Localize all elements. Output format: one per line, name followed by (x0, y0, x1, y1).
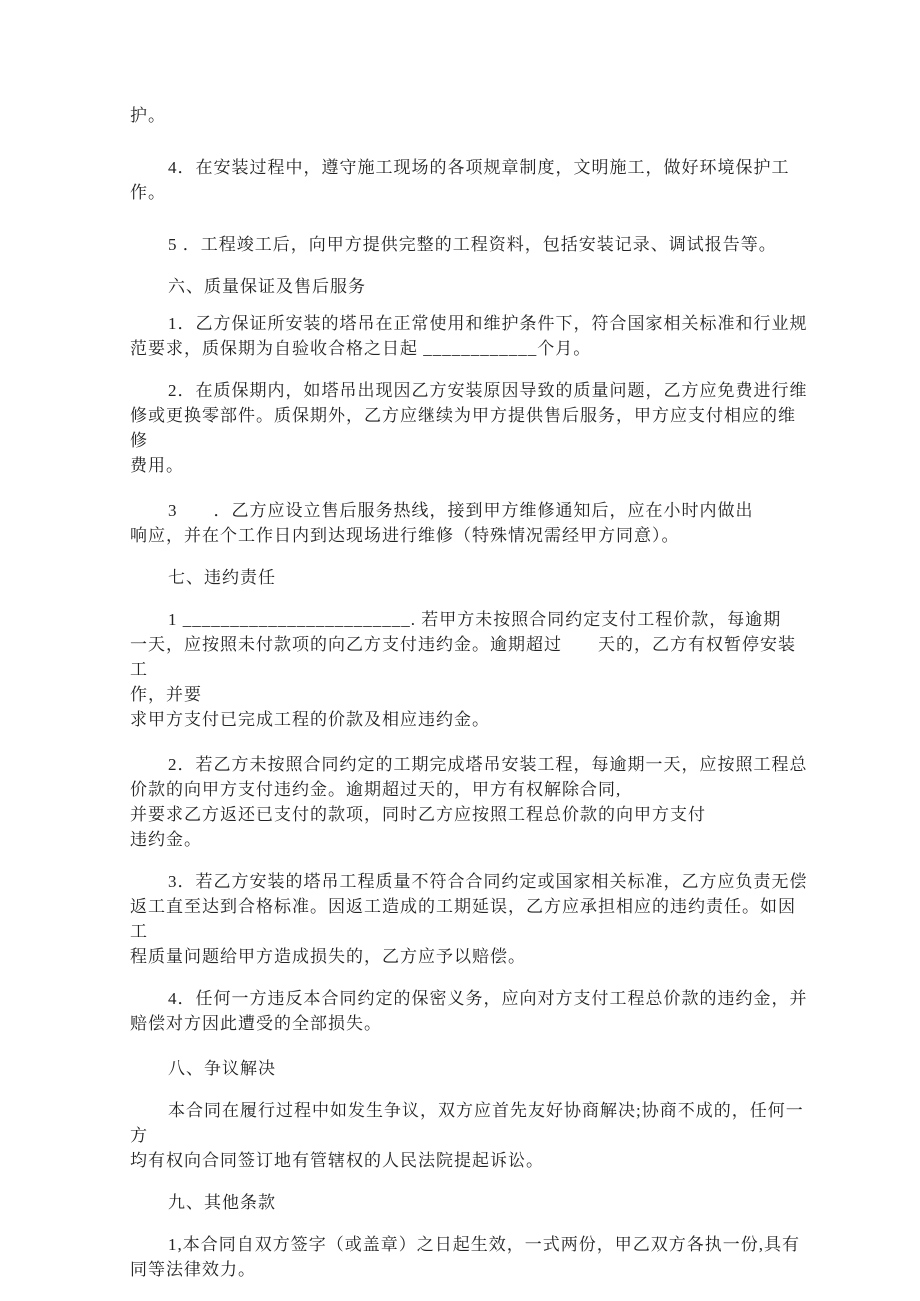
text-line: 求甲方支付已完成工程的价款及相应违约金。 (130, 707, 808, 732)
heading-line: 七、违约责任 (130, 565, 808, 590)
text-line: 价款的向甲方支付违约金。逾期超过天的，甲方有权解除合同, (130, 777, 808, 802)
text-line: 赔偿对方因此遭受的全部损失。 (130, 1011, 808, 1036)
page-content: 护。 4．在安装过程中，遵守施工现场的各项规章制度，文明施工，做好环境保护工作。… (0, 0, 920, 1282)
text-line: 2．在质保期内，如塔吊出现因乙方安装原因导致的质量问题，乙方应免费进行维 (130, 378, 808, 403)
text-line: 范要求，质保期为自验收合格之日起 ____________个月。 (130, 336, 808, 361)
text-line: 3．若乙方安装的塔吊工程质量不符合合同约定或国家相关标准，乙方应负责无偿 (130, 869, 808, 894)
text-line: 响应，并在个工作日内到达现场进行维修（特殊情况需经甲方同意）。 (130, 523, 808, 548)
continuation-text: 护。 (130, 103, 808, 128)
text-line: 程质量问题给甲方造成损失的，乙方应予以赔偿。 (130, 944, 808, 969)
text-line: 4．任何一方违反本合同约定的保密义务，应向对方支付工程总价款的违约金，并 (130, 986, 808, 1011)
text-line: 4．在安装过程中，遵守施工现场的各项规章制度，文明施工，做好环境保护工作。 (130, 155, 808, 205)
text-line: 本合同在履行过程中如发生争议，双方应首先友好协商解决;协商不成的，任何一方 (130, 1098, 808, 1148)
heading-line: 六、质量保证及售后服务 (130, 274, 808, 299)
section-7-clause-2: 2．若乙方未按照合同约定的工期完成塔吊安装工程，每逾期一天，应按照工程总 价款的… (130, 752, 808, 852)
text-line: 5 ．工程竣工后，向甲方提供完整的工程资料，包括安装记录、调试报告等。 (130, 232, 808, 257)
document-page: 护。 4．在安装过程中，遵守施工现场的各项规章制度，文明施工，做好环境保护工作。… (0, 0, 920, 1301)
text-line: 2．若乙方未按照合同约定的工期完成塔吊安装工程，每逾期一天，应按照工程总 (130, 752, 808, 777)
section-7-clause-1: 1 ________________________. 若甲方未按照合同约定支付… (130, 607, 808, 732)
text-line: 修或更换零部件。质保期外，乙方应继续为甲方提供售后服务，甲方应支付相应的维修 (130, 403, 808, 453)
text-line: 1,本合同自双方签字（或盖章）之日起生效，一式两份，甲乙双方各执一份,具有 (130, 1232, 808, 1257)
text-line: 1 ________________________. 若甲方未按照合同约定支付… (130, 607, 808, 632)
section-6-clause-3: 3 ．乙方应设立售后服务热线，接到甲方维修通知后，应在小时内做出 响应，并在个工… (130, 498, 808, 548)
text-line: 3 ．乙方应设立售后服务热线，接到甲方维修通知后，应在小时内做出 (130, 498, 808, 523)
text-line: 1．乙方保证所安装的塔吊在正常使用和维护条件下，符合国家相关标准和行业规 (130, 311, 808, 336)
text-line: 作，并要 (130, 682, 808, 707)
clause-5: 5 ．工程竣工后，向甲方提供完整的工程资料，包括安装记录、调试报告等。 (130, 232, 808, 257)
text-line: 护。 (130, 103, 808, 128)
text-line: 并要求乙方返还已支付的款项，同时乙方应按照工程总价款的向甲方支付 (130, 802, 808, 827)
section-8-paragraph: 本合同在履行过程中如发生争议，双方应首先友好协商解决;协商不成的，任何一方 均有… (130, 1098, 808, 1173)
text-line: 返工直至达到合格标准。因返工造成的工期延误，乙方应承担相应的违约责任。如因工 (130, 894, 808, 944)
text-line: 违约金。 (130, 827, 808, 852)
section-7-clause-3: 3．若乙方安装的塔吊工程质量不符合合同约定或国家相关标准，乙方应负责无偿 返工直… (130, 869, 808, 969)
section-7-clause-4: 4．任何一方违反本合同约定的保密义务，应向对方支付工程总价款的违约金，并 赔偿对… (130, 986, 808, 1036)
text-line: 费用。 (130, 453, 808, 478)
heading-line: 九、其他条款 (130, 1190, 808, 1215)
section-7-heading: 七、违约责任 (130, 565, 808, 590)
section-8-heading: 八、争议解决 (130, 1056, 808, 1081)
clause-4: 4．在安装过程中，遵守施工现场的各项规章制度，文明施工，做好环境保护工作。 (130, 155, 808, 205)
text-line: 均有权向合同签订地有管辖权的人民法院提起诉讼。 (130, 1148, 808, 1173)
heading-line: 八、争议解决 (130, 1056, 808, 1081)
text-line: 一天，应按照未付款项的向乙方支付违约金。逾期超过 天的，乙方有权暂停安装工 (130, 632, 808, 682)
section-6-heading: 六、质量保证及售后服务 (130, 274, 808, 299)
section-9-heading: 九、其他条款 (130, 1190, 808, 1215)
section-6-clause-2: 2．在质保期内，如塔吊出现因乙方安装原因导致的质量问题，乙方应免费进行维 修或更… (130, 378, 808, 478)
text-line: 同等法律效力。 (130, 1257, 808, 1282)
section-6-clause-1: 1．乙方保证所安装的塔吊在正常使用和维护条件下，符合国家相关标准和行业规 范要求… (130, 311, 808, 361)
section-9-clause-1: 1,本合同自双方签字（或盖章）之日起生效，一式两份，甲乙双方各执一份,具有 同等… (130, 1232, 808, 1282)
